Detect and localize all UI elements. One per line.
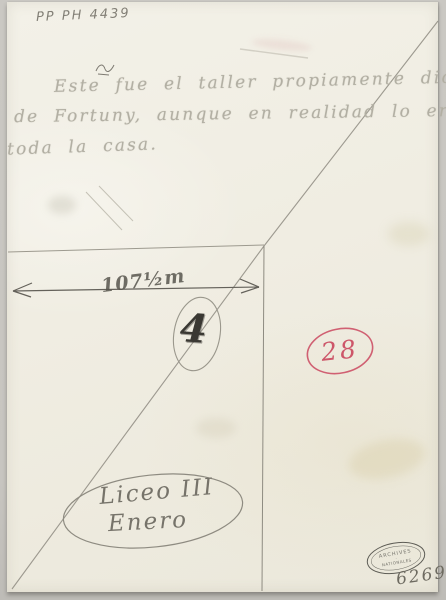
- photo-verso-scan: PP PH 4439 Este fue el taller propiament…: [0, 0, 446, 600]
- oval-note-line-2: Enero: [107, 507, 188, 537]
- circled-number-4: 4: [178, 305, 208, 353]
- pencil-scribble: [96, 65, 114, 75]
- faint-smudge-line: [240, 49, 308, 58]
- circled-number-28: 28: [320, 334, 361, 367]
- vertical-pencil-line: [262, 246, 264, 591]
- faint-pencil-strokes: [86, 186, 133, 230]
- horizontal-pencil-line: [8, 245, 264, 252]
